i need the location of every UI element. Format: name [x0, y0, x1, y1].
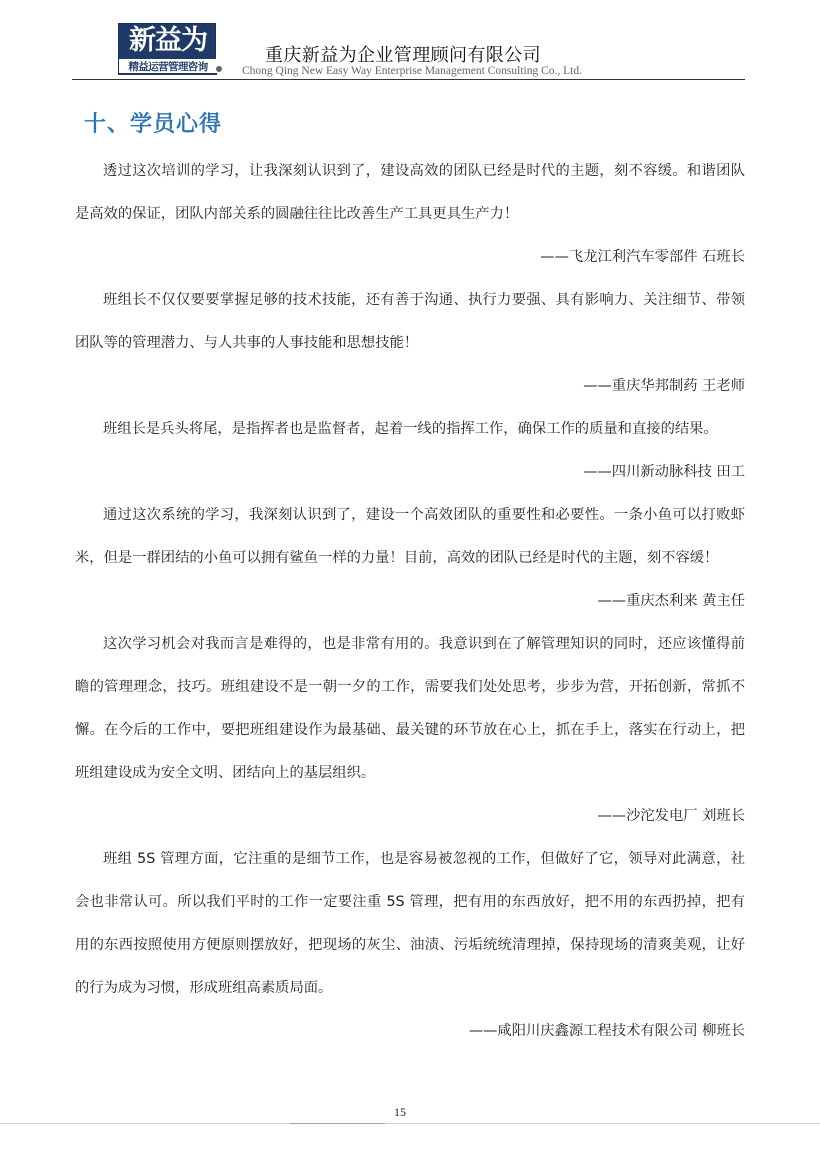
testimonial-text: 班组 5S 管理方面，它注重的是细节工作，也是容易被忽视的工作，但做好了它，领导…	[75, 838, 745, 1010]
testimonial-signature: ——飞龙江利汽车零部件 石班长	[75, 236, 745, 279]
testimonial-signature: ——沙沱发电厂 刘班长	[75, 795, 745, 838]
testimonials-content: 透过这次培训的学习，让我深刻认识到了，建设高效的团队已经是时代的主题，刻不容缓。…	[75, 150, 745, 1053]
logo-dot-icon	[216, 66, 222, 72]
testimonial-text: 透过这次培训的学习，让我深刻认识到了，建设高效的团队已经是时代的主题，刻不容缓。…	[75, 150, 745, 236]
section-title: 十、学员心得	[84, 107, 222, 138]
testimonial-signature: ——咸阳川庆鑫源工程技术有限公司 柳班长	[75, 1010, 745, 1053]
company-name-cn: 重庆新益为企业管理顾问有限公司	[265, 41, 541, 67]
testimonial-text: 通过这次系统的学习，我深刻认识到了，建设一个高效团队的重要性和必要性。一条小鱼可…	[75, 494, 745, 580]
testimonial-text: 这次学习机会对我而言是难得的，也是非常有用的。我意识到在了解管理知识的同时，还应…	[75, 623, 745, 795]
company-name-en: Chong Qing New Easy Way Enterprise Manag…	[242, 65, 582, 77]
page-number: 15	[394, 1105, 406, 1120]
footer-divider	[0, 1123, 820, 1124]
logo-main-text: 新益为	[119, 24, 217, 58]
page-header: 新益为 精益运营管理咨询 重庆新益为企业管理顾问有限公司 Chong Qing …	[75, 22, 747, 80]
testimonial-signature: ——重庆华邦制药 王老师	[75, 365, 745, 408]
header-divider	[72, 79, 745, 80]
testimonial-signature: ——四川新动脉科技 田工	[75, 451, 745, 494]
logo-sub-text: 精益运营管理咨询	[119, 59, 217, 75]
footer-divider-accent	[290, 1123, 385, 1124]
testimonial-text: 班组长不仅仅要要掌握足够的技术技能，还有善于沟通、执行力要强、具有影响力、关注细…	[75, 279, 745, 365]
testimonial-signature: ——重庆杰利来 黄主任	[75, 580, 745, 623]
company-logo: 新益为 精益运营管理咨询	[118, 23, 216, 75]
testimonial-text: 班组长是兵头将尾，是指挥者也是监督者，起着一线的指挥工作，确保工作的质量和直接的…	[75, 408, 745, 451]
